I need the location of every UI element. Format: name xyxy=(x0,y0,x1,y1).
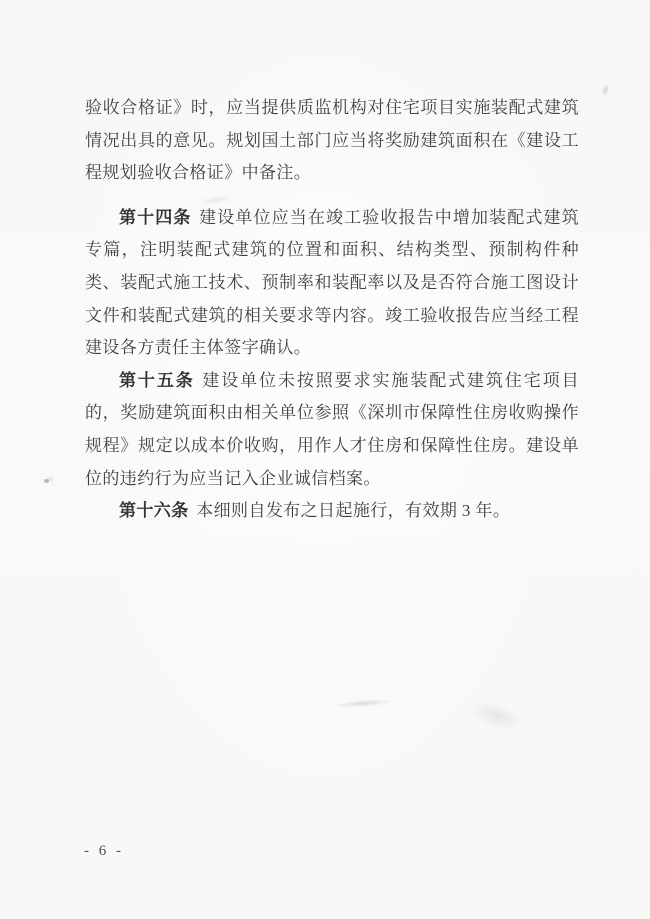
scan-speck xyxy=(44,479,49,483)
article-paragraph-14: 第十四条建设单位应当在竣工验收报告中增加装配式建筑专篇，注明装配式建筑的位置和面… xyxy=(85,202,579,365)
scan-smudge xyxy=(465,695,528,738)
paragraph-text: 建设单位应当在竣工验收报告中增加装配式建筑专篇，注明装配式建筑的位置和面积、结构… xyxy=(85,208,579,357)
article-heading: 第十六条 xyxy=(119,501,189,520)
page-number: - 6 - xyxy=(84,843,124,860)
scan-speck xyxy=(600,83,611,97)
scanned-document-page: 验收合格证》时，应当提供质监机构对住宅项目实施装配式建筑情况出具的意见。规划国土… xyxy=(0,0,650,919)
paragraph-text: 本细则自发布之日起施行，有效期 3 年。 xyxy=(196,501,510,520)
document-body: 验收合格证》时，应当提供质监机构对住宅项目实施装配式建筑情况出具的意见。规划国土… xyxy=(85,92,579,528)
paragraph-text: 验收合格证》时，应当提供质监机构对住宅项目实施装配式建筑情况出具的意见。规划国土… xyxy=(85,98,579,182)
article-paragraph-16: 第十六条本细则自发布之日起施行，有效期 3 年。 xyxy=(85,495,579,528)
scan-smudge xyxy=(332,698,394,709)
paragraph-continuation: 验收合格证》时，应当提供质监机构对住宅项目实施装配式建筑情况出具的意见。规划国土… xyxy=(85,92,579,190)
article-heading: 第十四条 xyxy=(119,208,192,227)
article-heading: 第十五条 xyxy=(119,371,195,390)
article-paragraph-15: 第十五条建设单位未按照要求实施装配式建筑住宅项目的，奖励建筑面积由相关单位参照《… xyxy=(85,365,579,495)
